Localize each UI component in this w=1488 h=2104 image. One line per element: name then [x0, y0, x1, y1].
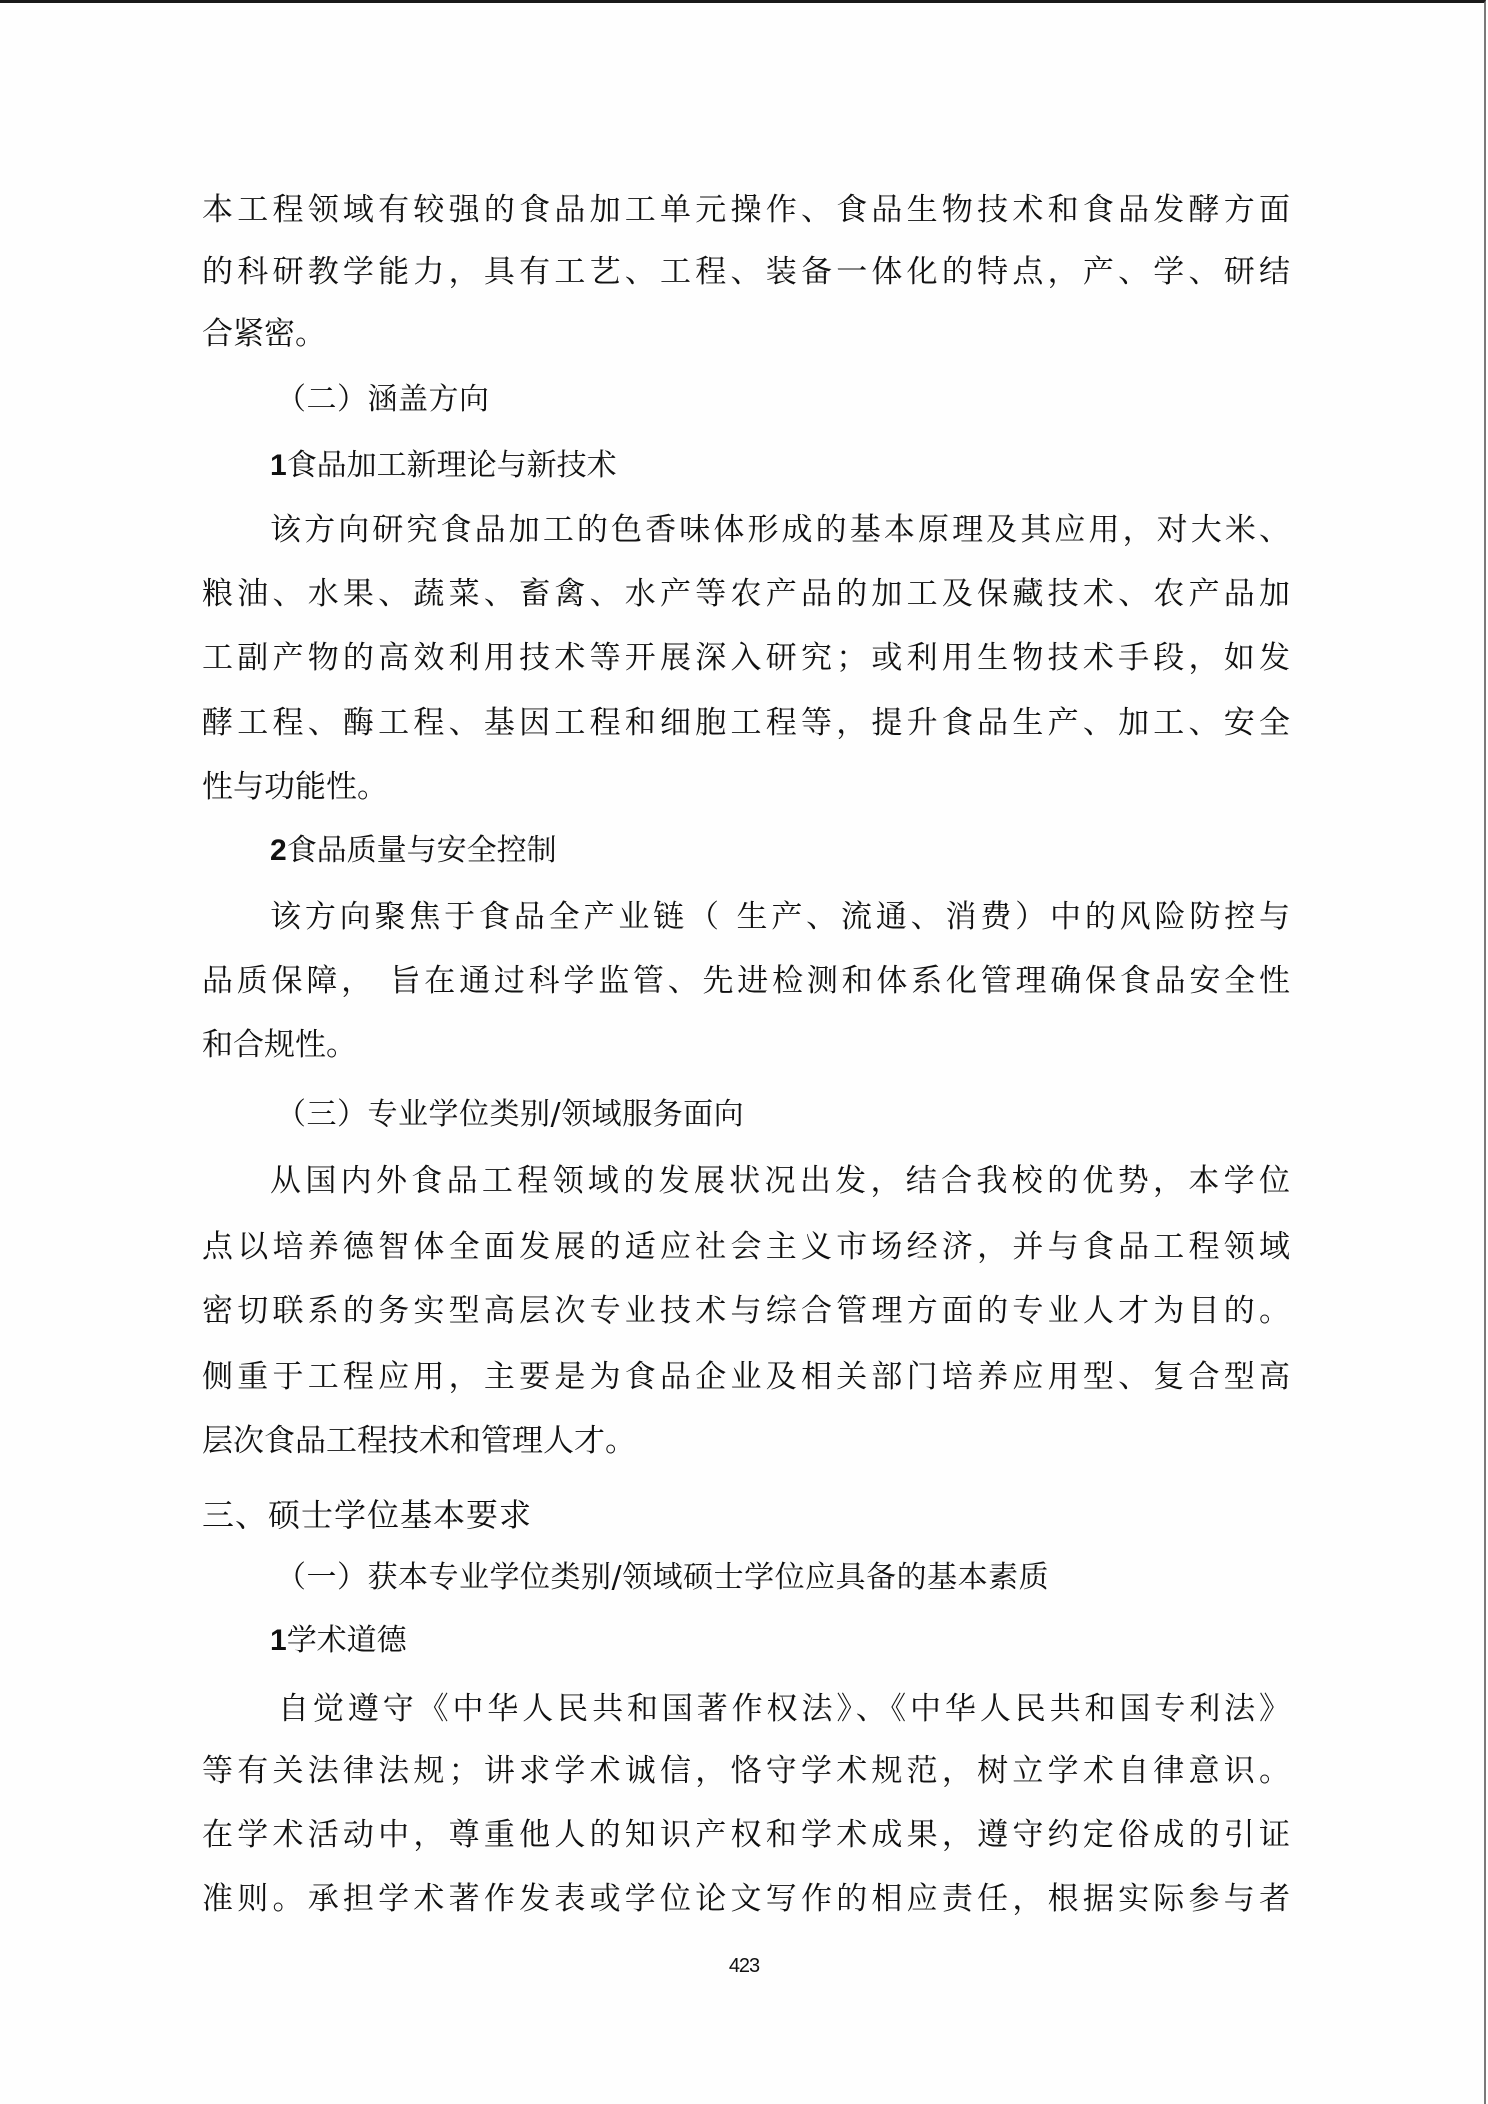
item-title: 学术道德	[287, 1623, 407, 1658]
section-heading-service: （三）专业学位类别/领域服务面向	[276, 1093, 744, 1137]
direction-1-title: 食品加工新理论与新技术	[287, 448, 617, 483]
ethics-line-2: 等有关法律法规；讲求学术诚信，恪守学术规范，树立学术自律意识。	[202, 1749, 1290, 1793]
direction-1-line-3: 工副产物的高效利用技术等开展深入研究；或利用生物技术手段，如发	[202, 636, 1290, 680]
subsection-heading: （一）获本专业学位类别/领域硕士学位应具备的基本素质	[276, 1556, 1049, 1600]
direction-2-heading: 2食品质量与安全控制	[270, 829, 557, 873]
intro-line-1: 本工程领域有较强的食品加工单元操作、食品生物技术和食品发酵方面	[202, 188, 1290, 232]
service-line-3: 密切联系的务实型高层次专业技术与综合管理方面的专业人才为目的。	[202, 1289, 1290, 1333]
service-line-4: 侧重于工程应用，主要是为食品企业及相关部门培养应用型、复合型高	[202, 1355, 1290, 1399]
direction-1-line-5: 性与功能性。	[202, 765, 1290, 809]
direction-2-line-2: 品质保障， 旨在通过科学监管、先进检测和体系化管理确保食品安全性	[202, 959, 1290, 1003]
service-line-5: 层次食品工程技术和管理人才。	[202, 1419, 1290, 1463]
document-page: 本工程领域有较强的食品加工单元操作、食品生物技术和食品发酵方面 的科研教学能力，…	[0, 0, 1486, 2104]
direction-2-line-3: 和合规性。	[202, 1023, 1290, 1067]
direction-2-title: 食品质量与安全控制	[287, 833, 557, 868]
section-heading-coverage: （二）涵盖方向	[276, 378, 490, 422]
direction-1-line-1: 该方向研究食品加工的色香味体形成的基本原理及其应用，对大米、	[270, 508, 1290, 552]
direction-1-number: 1	[270, 449, 287, 482]
page-number: 423	[0, 1955, 1488, 1978]
ethics-line-1: 自觉遵守《中华人民共和国著作权法》、《中华人民共和国专利法》	[278, 1687, 1290, 1731]
intro-line-2: 的科研教学能力，具有工艺、工程、装备一体化的特点，产、学、研结	[202, 250, 1290, 294]
direction-1-line-4: 酵工程、酶工程、基因工程和细胞工程等，提升食品生产、加工、安全	[202, 701, 1290, 745]
item-heading: 1学术道德	[270, 1619, 407, 1663]
direction-1-line-2: 粮油、水果、蔬菜、畜禽、水产等农产品的加工及保藏技术、农产品加	[202, 572, 1290, 616]
ethics-line-4: 准则。承担学术著作发表或学位论文写作的相应责任，根据实际参与者	[202, 1877, 1290, 1921]
ethics-line-3: 在学术活动中，尊重他人的知识产权和学术成果，遵守约定俗成的引证	[202, 1813, 1290, 1857]
service-line-2: 点以培养德智体全面发展的适应社会主义市场经济，并与食品工程领域	[202, 1225, 1290, 1269]
item-number: 1	[270, 1624, 287, 1657]
chapter-heading: 三、硕士学位基本要求	[202, 1493, 532, 1537]
intro-line-3: 合紧密。	[202, 312, 1290, 356]
direction-2-line-1: 该方向聚焦于食品全产业链（ 生产、流通、消费）中的风险防控与	[270, 895, 1290, 939]
direction-2-number: 2	[270, 834, 287, 867]
direction-1-heading: 1食品加工新理论与新技术	[270, 444, 617, 488]
service-line-1: 从国内外食品工程领域的发展状况出发，结合我校的优势，本学位	[270, 1159, 1290, 1203]
